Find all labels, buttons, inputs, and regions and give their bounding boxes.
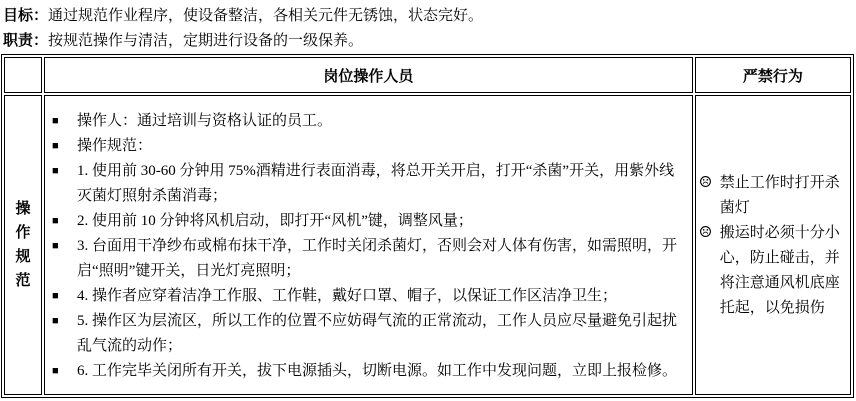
header-operator-cell: 岗位操作人员: [44, 57, 693, 93]
square-bullet-icon: ■: [50, 159, 77, 184]
operation-item-text: 4. 操作者应穿着洁净工作服、工作鞋，戴好口罩、帽子，以保证工作区洁净卫生；: [77, 284, 686, 309]
square-bullet-icon: ■: [50, 134, 77, 159]
duty-label: 职责：: [3, 33, 48, 49]
goal-label: 目标：: [3, 8, 48, 24]
square-bullet-icon: ■: [50, 284, 77, 309]
duty-text: 按规范操作与清洁，定期进行设备的一级保养。: [48, 33, 363, 49]
operation-list-item: ■ 2. 使用前 10 分钟将风机启动，即打开“风机”键，调整风量；: [50, 209, 686, 234]
header-corner-cell: [4, 57, 42, 93]
intro-section: 目标：通过规范作业程序，使设备整洁，各相关元件无锈蚀，状态完好。 职责：按规范操…: [0, 0, 856, 54]
header-forbidden-cell: 严禁行为: [695, 57, 851, 93]
sop-table: 岗位操作人员 严禁行为 操作规范 ■ 操作人：通过培训与资格认证的员工。 ■ 操…: [1, 54, 854, 398]
forbidden-list: ☹ 禁止工作时打开杀菌灯 ☹ 搬运时必须十分小心，防止碰击，并将注意通风机底座托…: [696, 169, 850, 321]
operation-list-item: ■ 6. 工作完毕关闭所有开关，拔下电源插头，切断电源。如工作中发现问题，立即上…: [50, 359, 686, 384]
table-header-row: 岗位操作人员 严禁行为: [4, 57, 851, 93]
operation-list-item: ■ 3. 台面用干净纱布或棉布抹干净，工作时关闭杀菌灯，否则会对人体有伤害，如需…: [50, 234, 686, 284]
operation-item-text: 1. 使用前 30-60 分钟用 75%酒精进行表面消毒，将总开关开启，打开“杀…: [77, 159, 686, 209]
square-bullet-icon: ■: [50, 234, 77, 259]
row-header-vertical-text: 操作规范: [15, 197, 32, 293]
operation-list-item: ■ 操作人：通过培训与资格认证的员工。: [50, 109, 686, 134]
operation-list-item: ■ 1. 使用前 30-60 分钟用 75%酒精进行表面消毒，将总开关开启，打开…: [50, 159, 686, 209]
forbidden-item-text: 禁止工作时打开杀菌灯: [720, 171, 848, 221]
operation-item-text: 3. 台面用干净纱布或棉布抹干净，工作时关闭杀菌灯，否则会对人体有伤害，如需照明…: [77, 234, 686, 284]
operation-item-text: 操作人：通过培训与资格认证的员工。: [77, 109, 686, 134]
operations-cell: ■ 操作人：通过培训与资格认证的员工。 ■ 操作规范： ■ 1. 使用前 30-…: [44, 95, 693, 395]
operation-item-text: 2. 使用前 10 分钟将风机启动，即打开“风机”键，调整风量；: [77, 209, 686, 234]
operation-list-item: ■ 5. 操作区为层流区，所以工作的位置不应妨碍气流的正常流动，工作人员应尽量避…: [50, 309, 686, 359]
forbidden-list-item: ☹ 搬运时必须十分小心，防止碰击，并将注意通风机底座托起，以免损伤: [699, 221, 848, 321]
forbidden-cell: ☹ 禁止工作时打开杀菌灯 ☹ 搬运时必须十分小心，防止碰击，并将注意通风机底座托…: [695, 95, 851, 395]
sad-face-icon: ☹: [699, 221, 720, 246]
operation-list-item: ■ 4. 操作者应穿着洁净工作服、工作鞋，戴好口罩、帽子，以保证工作区洁净卫生；: [50, 284, 686, 309]
square-bullet-icon: ■: [50, 309, 77, 334]
operation-item-text: 操作规范：: [77, 134, 686, 159]
forbidden-item-text: 搬运时必须十分小心，防止碰击，并将注意通风机底座托起，以免损伤: [720, 221, 848, 321]
table-body-row: 操作规范 ■ 操作人：通过培训与资格认证的员工。 ■ 操作规范： ■: [4, 95, 851, 395]
goal-text: 通过规范作业程序，使设备整洁，各相关元件无锈蚀，状态完好。: [48, 8, 483, 24]
forbidden-list-item: ☹ 禁止工作时打开杀菌灯: [699, 171, 848, 221]
goal-line: 目标：通过规范作业程序，使设备整洁，各相关元件无锈蚀，状态完好。: [3, 4, 856, 29]
operation-list-item: ■ 操作规范：: [50, 134, 686, 159]
duty-line: 职责：按规范操作与清洁，定期进行设备的一级保养。: [3, 29, 856, 54]
row-header-cell: 操作规范: [4, 95, 42, 395]
square-bullet-icon: ■: [50, 359, 77, 384]
square-bullet-icon: ■: [50, 109, 77, 134]
operation-item-text: 5. 操作区为层流区，所以工作的位置不应妨碍气流的正常流动，工作人员应尽量避免引…: [77, 309, 686, 359]
sad-face-icon: ☹: [699, 171, 720, 196]
square-bullet-icon: ■: [50, 209, 77, 234]
operation-item-text: 6. 工作完毕关闭所有开关，拔下电源插头，切断电源。如工作中发现问题，立即上报检…: [77, 359, 686, 384]
operation-list: ■ 操作人：通过培训与资格认证的员工。 ■ 操作规范： ■ 1. 使用前 30-…: [45, 107, 692, 384]
